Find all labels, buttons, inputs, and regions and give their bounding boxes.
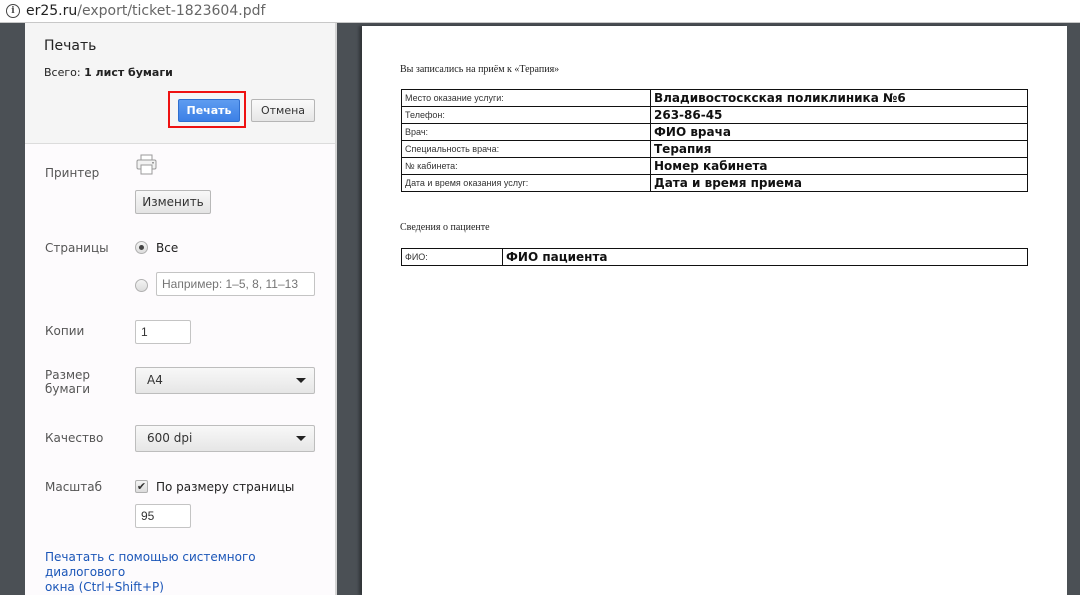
- dialog-title: Печать: [44, 38, 96, 54]
- row-key: № кабинета:: [402, 158, 651, 175]
- url-path: /export/ticket-1823604.pdf: [77, 3, 265, 19]
- print-settings-panel: Печать Всего: 1 лист бумаги Печать Отмен…: [25, 23, 337, 595]
- pages-all-label: Все: [156, 241, 178, 255]
- paper-size-value: A4: [147, 373, 163, 387]
- system-dialog-link-line1[interactable]: Печатать с помощью системного диалоговог…: [45, 550, 325, 580]
- backdrop-left: [0, 23, 25, 595]
- paper-size-select[interactable]: A4: [135, 367, 315, 394]
- patient-table: ФИО:ФИО пациента: [401, 248, 1028, 266]
- row-key: Дата и время оказания услуг:: [402, 175, 651, 192]
- pages-custom-radio[interactable]: [135, 279, 148, 292]
- row-key: Врач:: [402, 124, 651, 141]
- row-value: Владивостоскская поликлиника №6: [651, 90, 1028, 107]
- row-value: Дата и время приема: [651, 175, 1028, 192]
- table-row: Специальность врача:Терапия: [402, 141, 1028, 158]
- pages-all-radio[interactable]: [135, 241, 148, 254]
- table-row: Дата и время оказания услуг:Дата и время…: [402, 175, 1028, 192]
- info-icon[interactable]: i: [6, 4, 20, 18]
- scale-input[interactable]: [135, 504, 191, 528]
- change-printer-button[interactable]: Изменить: [135, 190, 211, 214]
- table-row: ФИО:ФИО пациента: [402, 249, 1028, 266]
- table-row: № кабинета:Номер кабинета: [402, 158, 1028, 175]
- page-preview: Вы записались на приём к «Терапия» Место…: [362, 26, 1067, 595]
- paper-size-label-line2: бумаги: [45, 382, 90, 396]
- paper-size-label: Размер бумаги: [45, 368, 90, 396]
- chevron-down-icon: [296, 436, 306, 441]
- chevron-down-icon: [296, 378, 306, 383]
- scale-label: Масштаб: [45, 480, 102, 494]
- quality-value: 600 dpi: [147, 431, 192, 445]
- row-value: ФИО пациента: [503, 249, 1028, 266]
- row-value: Терапия: [651, 141, 1028, 158]
- print-header: Печать Всего: 1 лист бумаги Печать Отмен…: [25, 23, 335, 144]
- row-key: Место оказание услуги:: [402, 90, 651, 107]
- row-value: 263-86-45: [651, 107, 1028, 124]
- row-key: Телефон:: [402, 107, 651, 124]
- row-key: Специальность врача:: [402, 141, 651, 158]
- url-text: er25.ru/export/ticket-1823604.pdf: [26, 0, 265, 22]
- row-value: ФИО врача: [651, 124, 1028, 141]
- address-bar[interactable]: i er25.ru/export/ticket-1823604.pdf: [0, 0, 1080, 23]
- quality-select[interactable]: 600 dpi: [135, 425, 315, 452]
- fit-to-page-checkbox[interactable]: ✔: [135, 480, 148, 493]
- table-row: Телефон:263-86-45: [402, 107, 1028, 124]
- row-value: Номер кабинета: [651, 158, 1028, 175]
- quality-label: Качество: [45, 431, 103, 445]
- pages-label: Страницы: [45, 241, 109, 255]
- summary-value: 1 лист бумаги: [84, 66, 173, 79]
- appointment-heading: Вы записались на приём к «Терапия»: [400, 64, 559, 75]
- system-dialog-link-line2[interactable]: окна (Ctrl+Shift+P): [45, 580, 325, 595]
- copies-input[interactable]: [135, 320, 191, 344]
- url-host: er25.ru: [26, 3, 77, 19]
- copies-label: Копии: [45, 324, 84, 338]
- pages-custom-input[interactable]: [156, 272, 315, 296]
- appointment-table: Место оказание услуги:Владивостоскская п…: [401, 89, 1028, 192]
- table-row: Место оказание услуги:Владивостоскская п…: [402, 90, 1028, 107]
- summary-label: Всего:: [44, 66, 81, 79]
- paper-size-label-line1: Размер: [45, 368, 90, 382]
- patient-heading: Сведения о пациенте: [400, 222, 490, 233]
- row-key: ФИО:: [402, 249, 503, 266]
- print-button[interactable]: Печать: [178, 99, 240, 122]
- sheet-summary: Всего: 1 лист бумаги: [44, 66, 173, 79]
- cancel-button[interactable]: Отмена: [251, 99, 315, 122]
- system-dialog-link[interactable]: Печатать с помощью системного диалоговог…: [45, 550, 325, 595]
- printer-label: Принтер: [45, 166, 99, 180]
- printer-icon: [135, 154, 159, 176]
- table-row: Врач:ФИО врача: [402, 124, 1028, 141]
- fit-to-page-label: По размеру страницы: [156, 480, 294, 494]
